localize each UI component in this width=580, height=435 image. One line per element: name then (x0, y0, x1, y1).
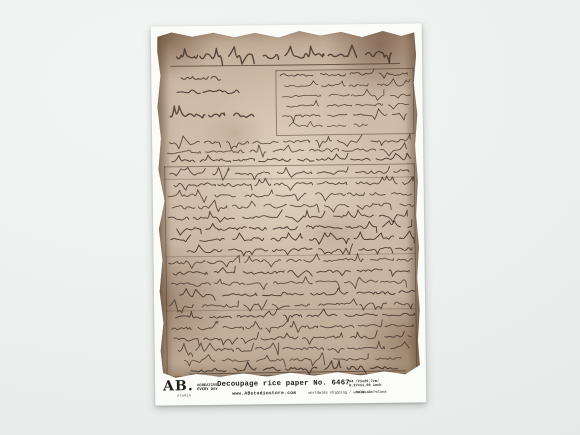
brand-logo: AB. (163, 378, 194, 394)
handwriting-scribbles (156, 27, 421, 378)
tagline-line2: EVERY DAY (197, 388, 218, 393)
size-info: A4 /21x29,7cm/ 8,27x11,69 inch (349, 379, 381, 388)
website-text: www.ABstudiostore.com (232, 390, 296, 396)
brand-tagline: #CREATIVE EVERY DAY (197, 384, 218, 393)
desk-background: AB. studio #CREATIVE EVERY DAY Decoupage… (0, 0, 580, 435)
rice-paper-sheet: AB. studio #CREATIVE EVERY DAY Decoupage… (151, 23, 427, 405)
size-line2: 8,27x11,69 inch (349, 384, 381, 389)
product-title: Decoupage rice paper No. 6467 (217, 379, 350, 389)
brand-sub-label: studio (177, 393, 191, 397)
vintage-letter-artwork (156, 27, 421, 378)
product-label-strip: AB. studio #CREATIVE EVERY DAY Decoupage… (160, 375, 421, 402)
footer-origin-text: made in Poland (356, 391, 386, 395)
